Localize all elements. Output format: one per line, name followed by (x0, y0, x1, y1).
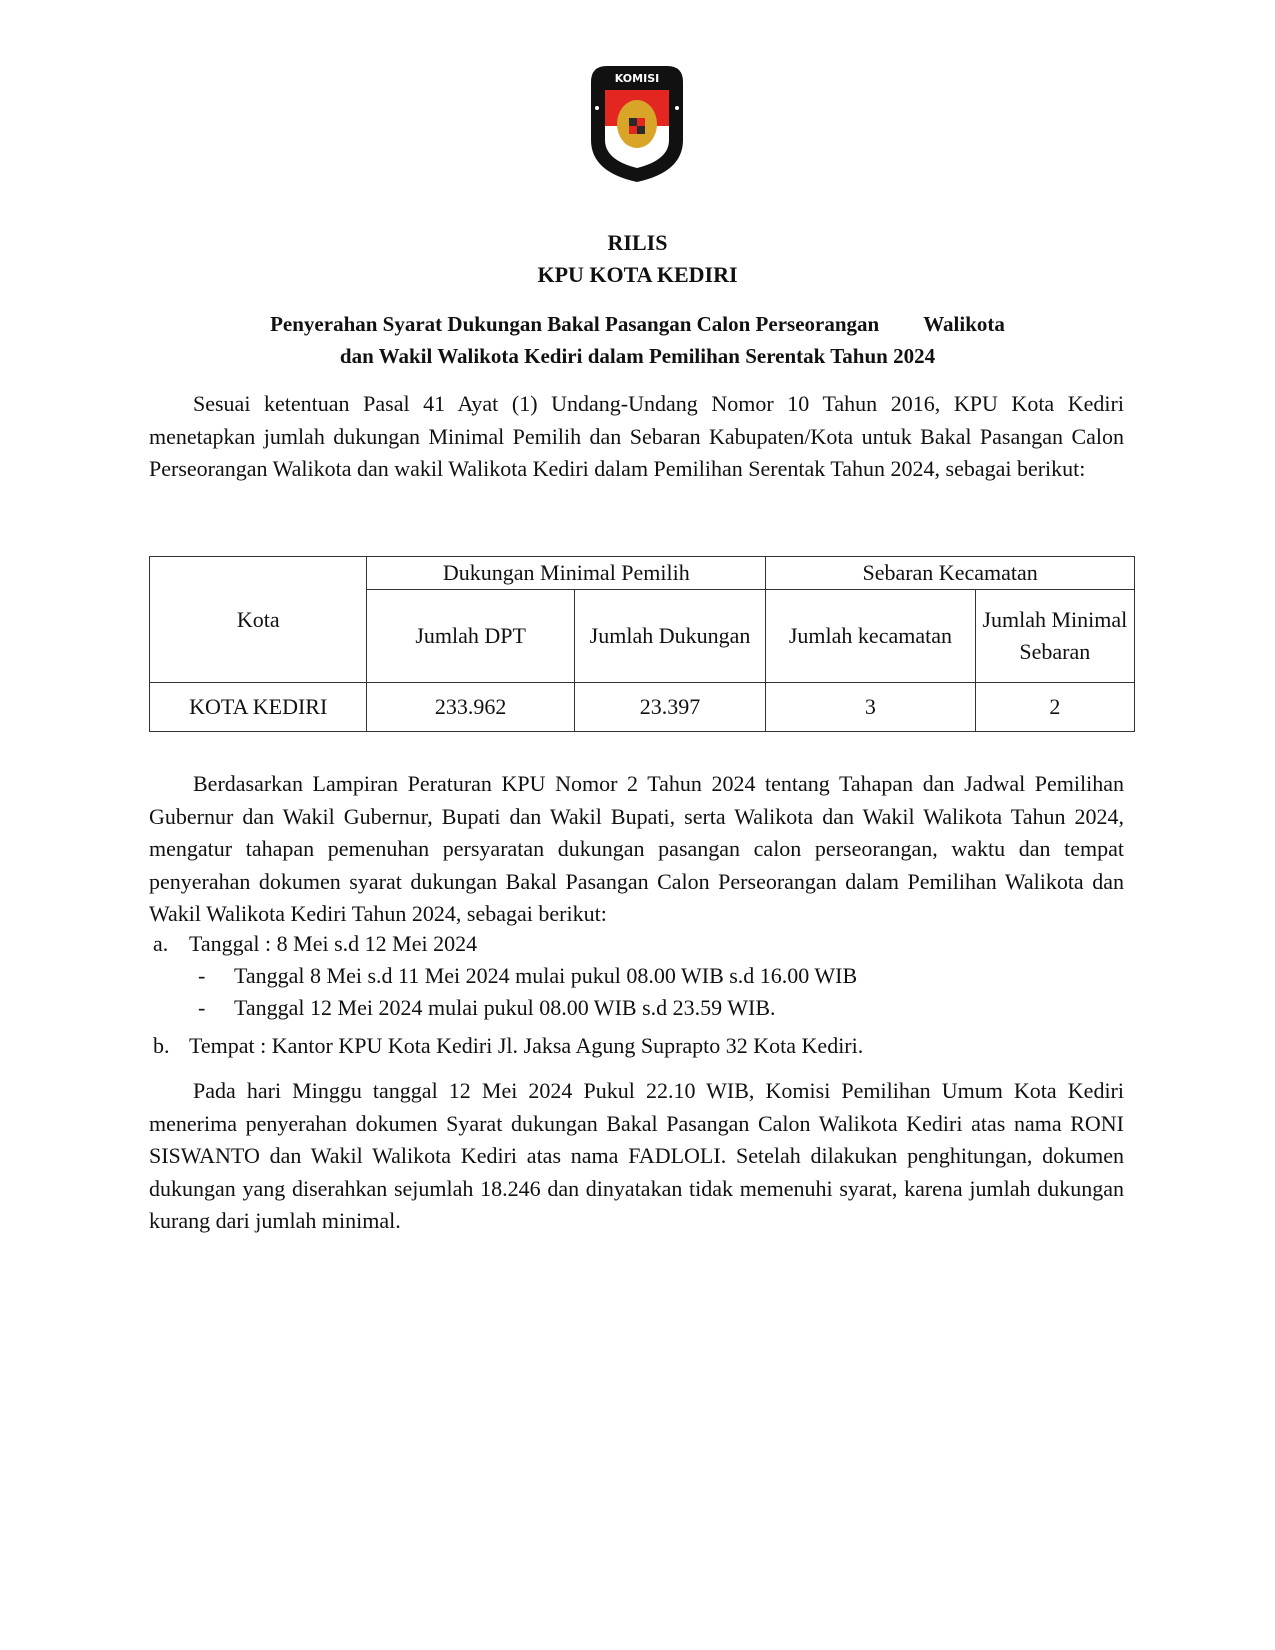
subitem-text: Tanggal 12 Mei 2024 mulai pukul 08.00 WI… (234, 995, 776, 1020)
table-row: KOTA KEDIRI 233.962 23.397 3 2 (150, 683, 1135, 732)
list-item-date-text: Tanggal : 8 Mei s.d 12 Mei 2024 (189, 931, 477, 956)
paragraph-result: Pada hari Minggu tanggal 12 Mei 2024 Puk… (149, 1075, 1124, 1238)
cell-dpt: 233.962 (367, 683, 574, 732)
kpu-logo-icon: KOMISI (581, 60, 693, 186)
header-kota: Kota (150, 557, 367, 683)
document-subtitle: Penyerahan Syarat Dukungan Bakal Pasanga… (150, 308, 1125, 372)
dash-marker: - (198, 960, 234, 992)
list-item-place-text: Tempat : Kantor KPU Kota Kediri Jl. Jaks… (189, 1033, 863, 1058)
document-page: KOMISI RILIS KPU KOTA KEDIRI Penyerahan … (0, 0, 1275, 1650)
subtitle-line1-end: Walikota (923, 312, 1005, 336)
cell-kota: KOTA KEDIRI (150, 683, 367, 732)
dash-marker: - (198, 992, 234, 1024)
header-jumlah-kecamatan: Jumlah kecamatan (766, 590, 975, 683)
list-subitem: -Tanggal 8 Mei s.d 11 Mei 2024 mulai puk… (198, 960, 857, 992)
list-subitem: -Tanggal 12 Mei 2024 mulai pukul 08.00 W… (198, 992, 776, 1024)
list-item-place: b.Tempat : Kantor KPU Kota Kediri Jl. Ja… (153, 1030, 863, 1062)
subitem-text: Tanggal 8 Mei s.d 11 Mei 2024 mulai puku… (234, 963, 857, 988)
cell-dukungan: 23.397 (574, 683, 765, 732)
list-marker-b: b. (153, 1030, 189, 1062)
header-group-dukungan: Dukungan Minimal Pemilih (367, 557, 766, 590)
header-group-sebaran: Sebaran Kecamatan (766, 557, 1135, 590)
subtitle-line2: dan Wakil Walikota Kediri dalam Pemiliha… (340, 344, 935, 368)
subtitle-line1: Penyerahan Syarat Dukungan Bakal Pasanga… (270, 312, 879, 336)
header-jumlah-dpt: Jumlah DPT (367, 590, 574, 683)
paragraph-schedule: Berdasarkan Lampiran Peraturan KPU Nomor… (149, 768, 1124, 931)
paragraph-intro: Sesuai ketentuan Pasal 41 Ayat (1) Undan… (149, 388, 1124, 486)
header-jumlah-dukungan: Jumlah Dukungan (574, 590, 765, 683)
support-requirements-table: Kota Dukungan Minimal Pemilih Sebaran Ke… (149, 556, 1135, 732)
svg-text:KOMISI: KOMISI (615, 72, 659, 85)
cell-min-sebaran: 2 (975, 683, 1134, 732)
list-item-date: a.Tanggal : 8 Mei s.d 12 Mei 2024 (153, 928, 477, 960)
release-title: RILIS (0, 230, 1275, 256)
header-jumlah-minimal-sebaran: Jumlah Minimal Sebaran (975, 590, 1134, 683)
release-organization: KPU KOTA KEDIRI (0, 262, 1275, 288)
list-marker-a: a. (153, 928, 189, 960)
cell-kecamatan: 3 (766, 683, 975, 732)
